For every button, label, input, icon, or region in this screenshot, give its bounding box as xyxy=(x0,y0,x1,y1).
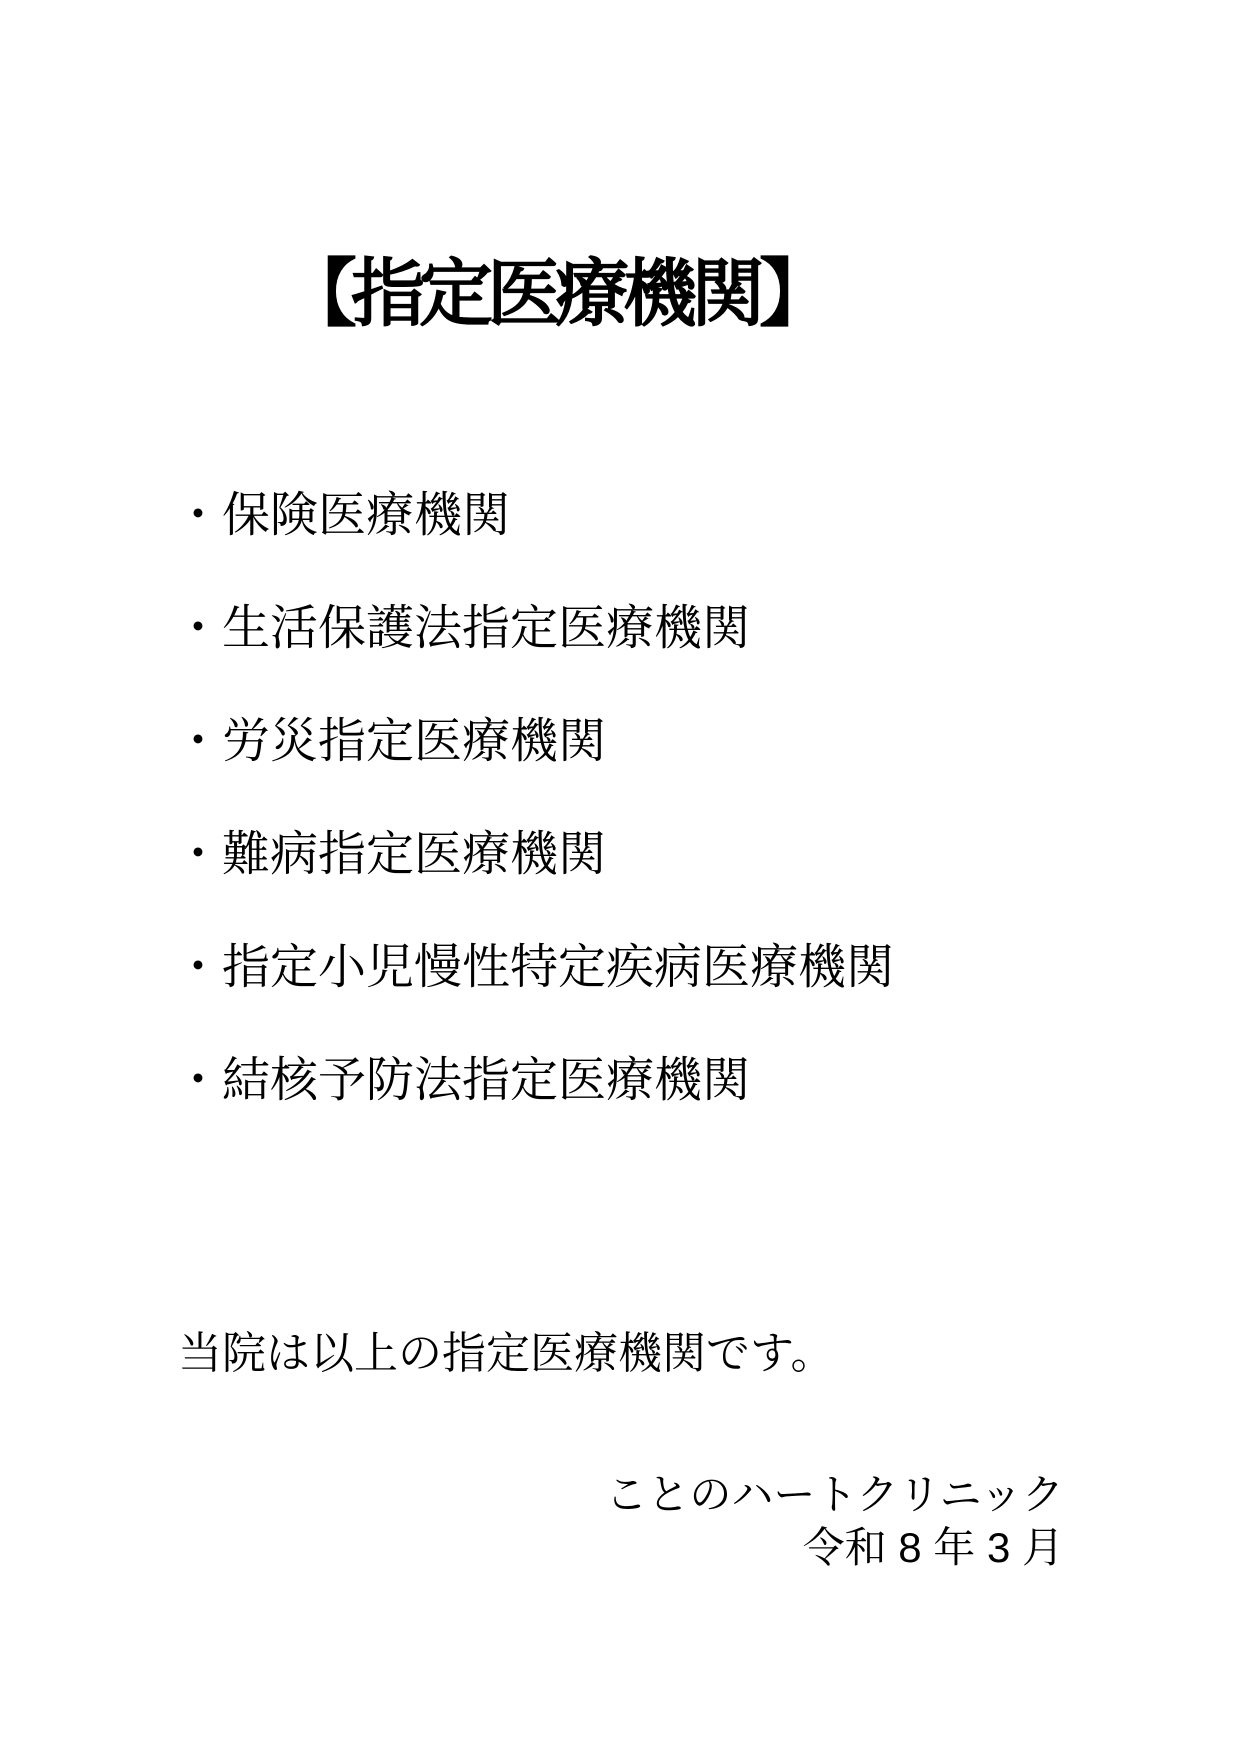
bullet-icon: ・ xyxy=(174,492,222,540)
bullet-icon: ・ xyxy=(174,605,222,653)
list-item-label: 労災指定医療機関 xyxy=(222,715,606,768)
designation-list: ・保険医療機関 ・生活保護法指定医療機関 ・労災指定医療機関 ・難病指定医療機関… xyxy=(174,492,894,1170)
bullet-icon: ・ xyxy=(174,944,222,992)
clinic-name: ことのハートクリニック xyxy=(605,1468,1064,1521)
list-item: ・難病指定医療機関 xyxy=(174,831,894,879)
bullet-icon: ・ xyxy=(174,831,222,879)
list-item: ・労災指定医療機関 xyxy=(174,718,894,766)
signature-block: ことのハートクリニック 令和 8 年 3 月 xyxy=(605,1468,1064,1574)
list-item: ・保険医療機関 xyxy=(174,492,894,540)
list-item: ・生活保護法指定医療機関 xyxy=(174,605,894,653)
document-page: 【指定医療機関】 ・保険医療機関 ・生活保護法指定医療機関 ・労災指定医療機関 … xyxy=(0,0,1241,1755)
bullet-icon: ・ xyxy=(174,718,222,766)
list-item-label: 生活保護法指定医療機関 xyxy=(222,602,750,655)
list-item-label: 指定小児慢性特定疾病医療機関 xyxy=(222,941,894,994)
page-title: 【指定医療機関】 xyxy=(0,250,1110,339)
closing-statement: 当院は以上の指定医療機関です。 xyxy=(178,1332,834,1376)
issue-date: 令和 8 年 3 月 xyxy=(605,1521,1064,1574)
bullet-icon: ・ xyxy=(174,1057,222,1105)
list-item: ・結核予防法指定医療機関 xyxy=(174,1057,894,1105)
list-item-label: 結核予防法指定医療機関 xyxy=(222,1054,750,1107)
list-item: ・指定小児慢性特定疾病医療機関 xyxy=(174,944,894,992)
list-item-label: 難病指定医療機関 xyxy=(222,828,606,881)
list-item-label: 保険医療機関 xyxy=(222,489,510,542)
